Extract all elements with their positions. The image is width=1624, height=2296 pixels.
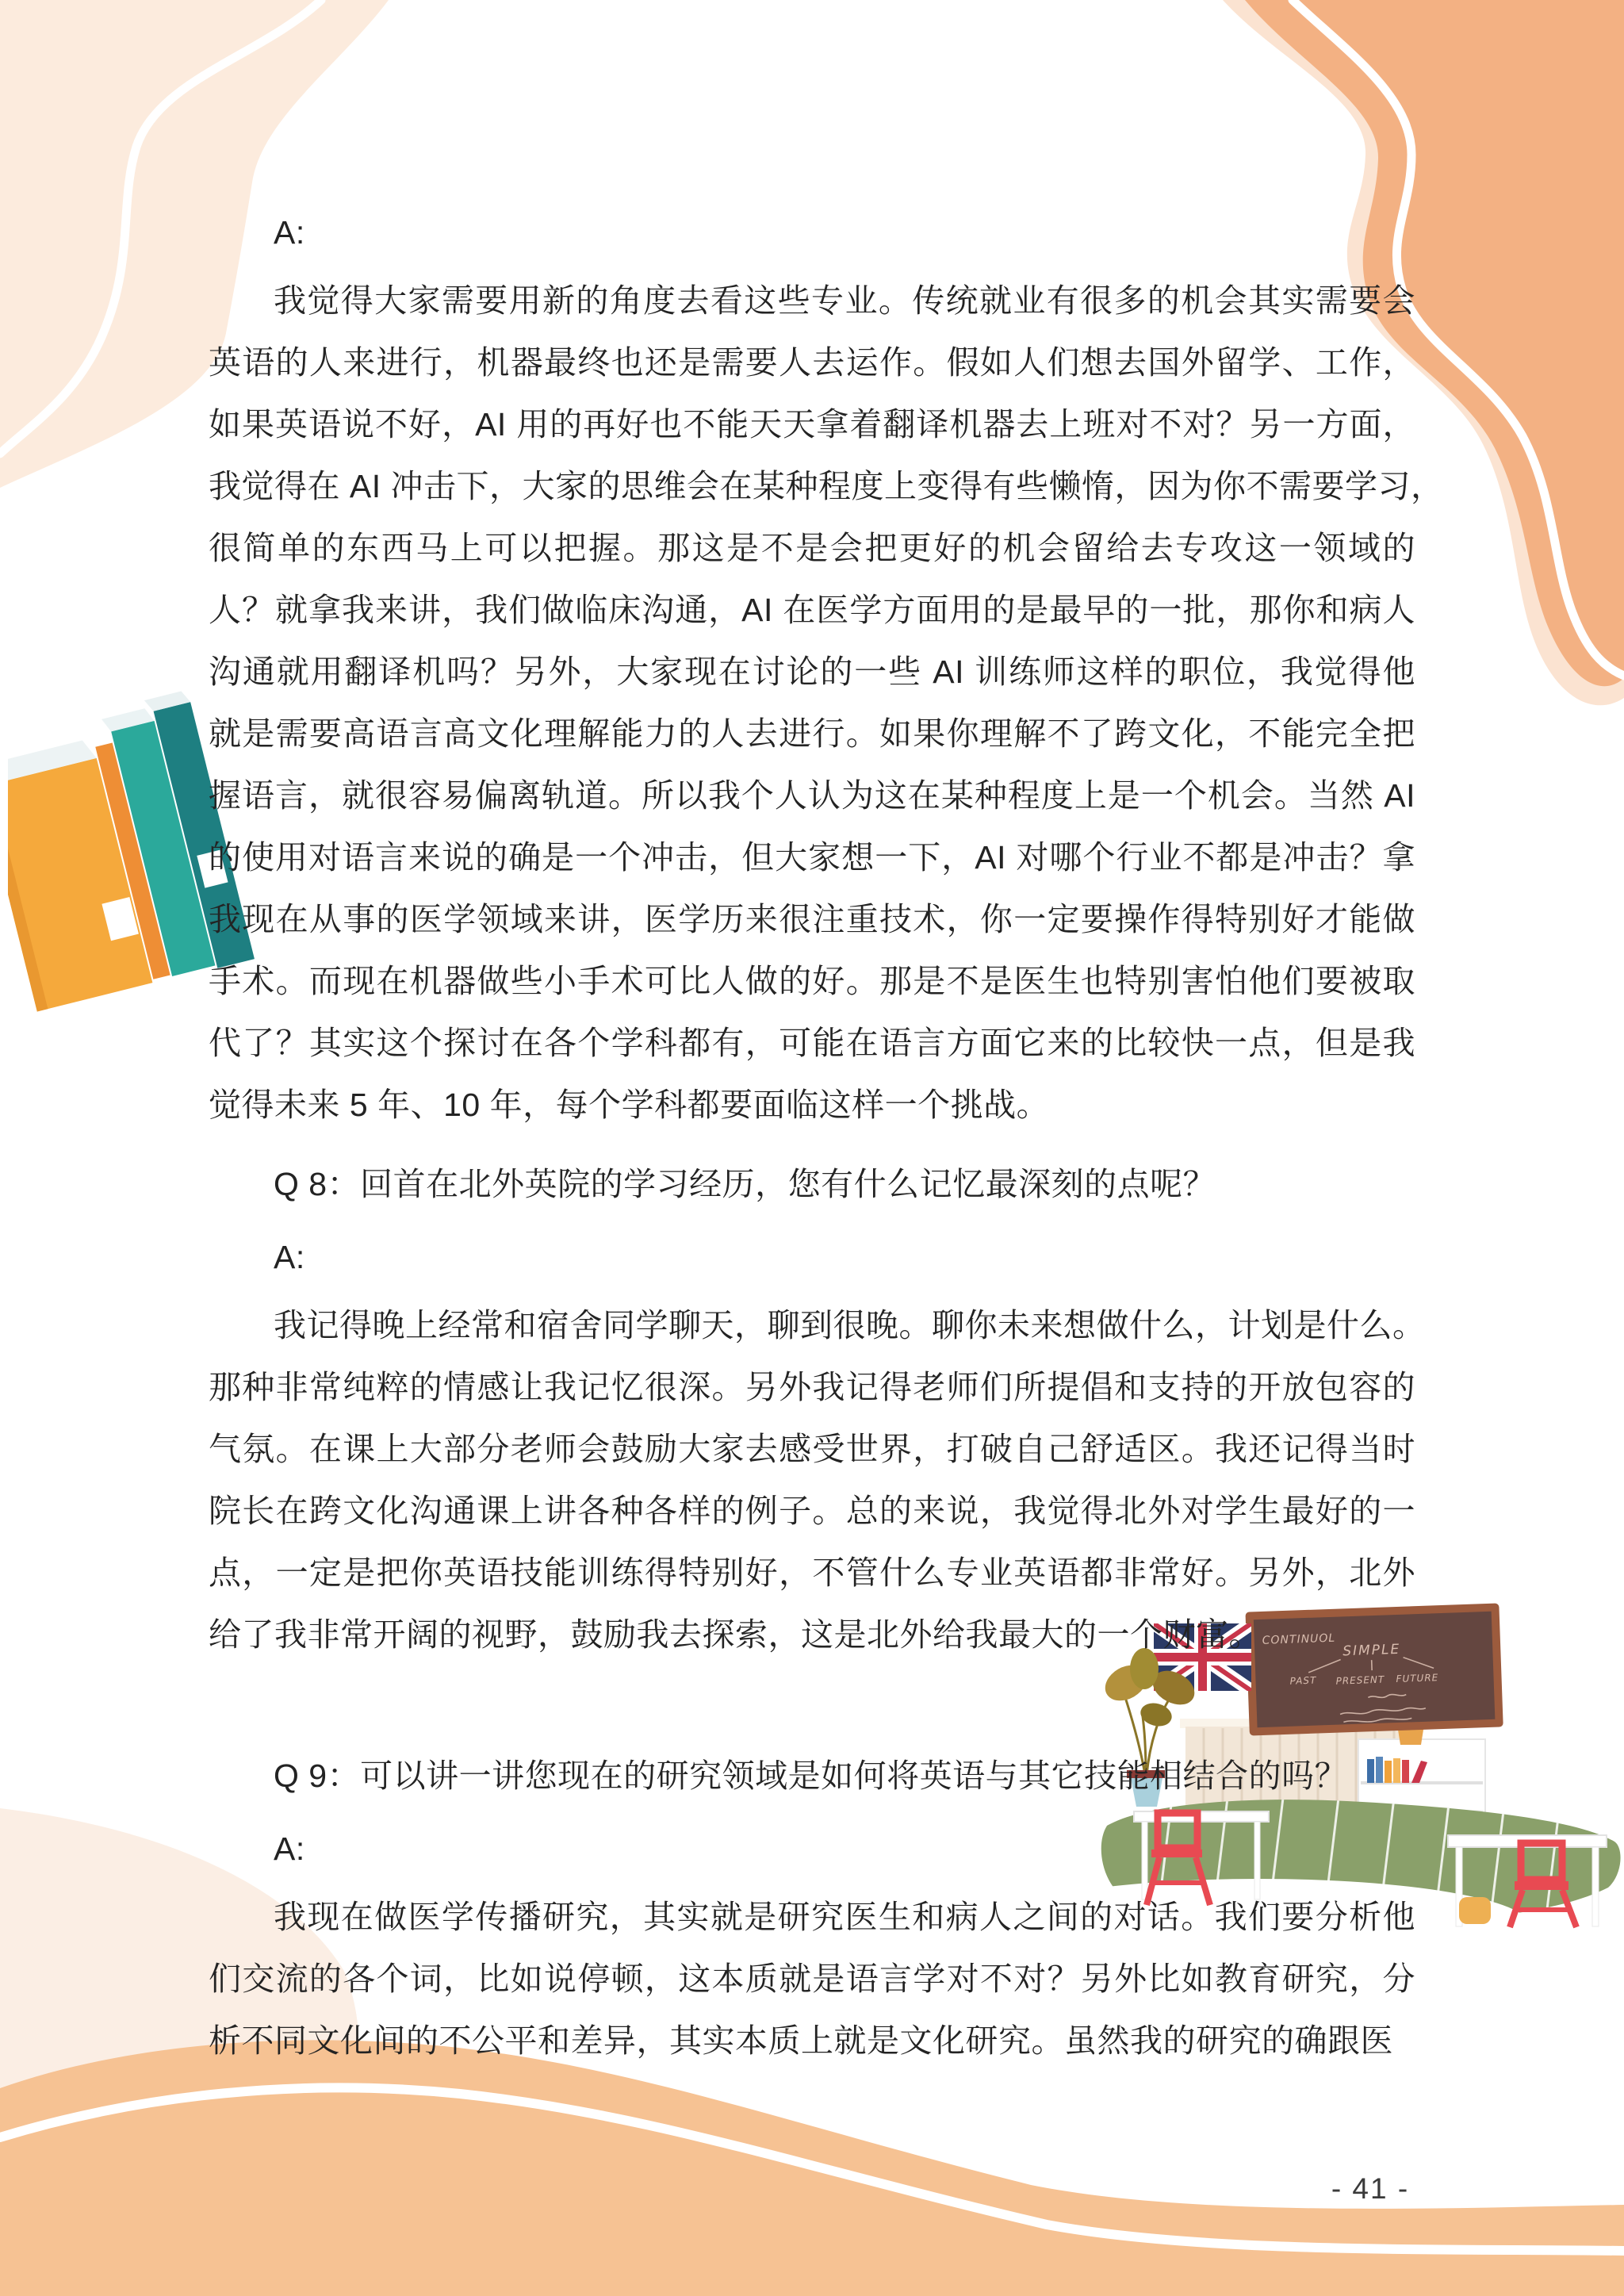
text-line: 那种非常纯粹的情感让我记忆很深。另外我记得老师们所提倡和支持的开放包容的 xyxy=(209,1356,1415,1418)
text-line: 点，一定是把你英语技能训练得特别好，不管什么专业英语都非常好。另外，北外 xyxy=(209,1542,1415,1604)
text-line: 代了？其实这个探讨在各个学科都有，可能在语言方面它来的比较快一点，但是我 xyxy=(209,1012,1415,1074)
wall-paper xyxy=(1411,1610,1453,1668)
text-line: 我现在从事的医学领域来讲，医学历来很注重技术，你一定要操作得特别好才能做 xyxy=(209,888,1415,950)
question-line: Q 9：可以讲一讲您现在的研究领域是如何将英语与其它技能相结合的吗？ xyxy=(209,1745,1415,1807)
answer-label: A: xyxy=(209,201,1415,263)
text-line: 觉得未来 5 年、10 年，每个学科都要面临这样一个挑战。 xyxy=(209,1074,1415,1136)
paragraph: 我觉得大家需要用新的角度去看这些专业。传统就业有很多的机会其实需要会英语的人来进… xyxy=(209,270,1415,1136)
paragraph: 我记得晚上经常和宿舍同学聊天，聊到很晚。聊你未来想做什么，计划是什么。那种非常纯… xyxy=(209,1294,1415,1665)
text-line: 如果英语说不好，AI 用的再好也不能天天拿着翻译机器去上班对不对？另一方面， xyxy=(209,393,1415,455)
text-line: 很简单的东西马上可以把握。那这是不是会把更好的机会留给去专攻这一领域的 xyxy=(209,517,1415,579)
text-line: 沟通就用翻译机吗？另外，大家现在讨论的一些 AI 训练师这样的职位，我觉得他 xyxy=(209,641,1415,703)
right-desk xyxy=(1448,1835,1607,1926)
page-number: - 41 - xyxy=(1307,2171,1434,2206)
text-line: 我记得晚上经常和宿舍同学聊天，聊到很晚。聊你未来想做什么，计划是什么。 xyxy=(209,1294,1415,1356)
answer-label: A: xyxy=(209,1818,1415,1880)
paragraph: 我现在做医学传播研究，其实就是研究医生和病人之间的对话。我们要分析他们交流的各个… xyxy=(209,1886,1415,2072)
text-line: 握语言，就很容易偏离轨道。所以我个人认为这在某种程度上是一个机会。当然 AI xyxy=(209,765,1415,826)
text-line: 人？就拿我来讲，我们做临床沟通，AI 在医学方面用的是最早的一批，那你和病人 xyxy=(209,579,1415,641)
text-line: 析不同文化间的不公平和差异，其实本质上就是文化研究。虽然我的研究的确跟医 xyxy=(209,2010,1415,2072)
text-line: 我现在做医学传播研究，其实就是研究医生和病人之间的对话。我们要分析他 xyxy=(209,1886,1415,1948)
text-line: 院长在跨文化沟通课上讲各种各样的例子。总的来说，我觉得北外对学生最好的一 xyxy=(209,1480,1415,1542)
right-chair xyxy=(1510,1843,1576,1927)
document-page: CONTINUOL SIMPLE PAST PRESENT FUTURE xyxy=(0,0,1624,2296)
text-line: 们交流的各个词，比如说停顿，这本质就是语言学对不对？另外比如教育研究，分 xyxy=(209,1948,1415,2010)
text-line: 我觉得大家需要用新的角度去看这些专业。传统就业有很多的机会其实需要会 xyxy=(209,270,1415,332)
text-line: 给了我非常开阔的视野，鼓励我去探索，这是北外给我最大的一个财富。 xyxy=(209,1604,1415,1665)
text-line: 就是需要高语言高文化理解能力的人去进行。如果你理解不了跨文化，不能完全把 xyxy=(209,703,1415,765)
answer-label: A: xyxy=(209,1226,1415,1288)
text-line: 英语的人来进行，机器最终也还是需要人去运作。假如人们想去国外留学、工作， xyxy=(209,332,1415,393)
text-line: 气氛。在课上大部分老师会鼓励大家去感受世界，打破自己舒适区。我还记得当时 xyxy=(209,1418,1415,1480)
text-line: 我觉得在 AI 冲击下，大家的思维会在某种程度上变得有些懒惰，因为你不需要学习， xyxy=(209,455,1415,517)
text-line: 手术。而现在机器做些小手术可比人做的好。那是不是医生也特别害怕他们要被取 xyxy=(209,950,1415,1012)
question-line: Q 8：回首在北外英院的学习经历，您有什么记忆最深刻的点呢？ xyxy=(209,1153,1415,1215)
text-line: 的使用对语言来说的确是一个冲击，但大家想一下，AI 对哪个行业不都是冲击？拿 xyxy=(209,826,1415,888)
text-column: A:我觉得大家需要用新的角度去看这些专业。传统就业有很多的机会其实需要会英语的人… xyxy=(209,190,1415,2072)
